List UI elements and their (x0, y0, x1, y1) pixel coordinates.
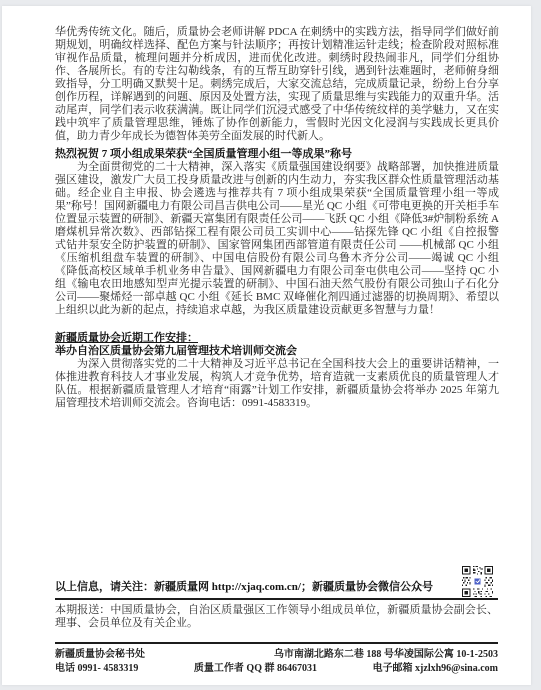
page-footer: 新疆质量协会秘书处 乌市南湖北路东二巷 188 号华凌国际公寓 10-1-250… (55, 648, 498, 676)
distribution-note: 本期报送：中国质量协会，自治区质量强区工作领导小组成员单位，新疆质量协会副会长、… (55, 604, 498, 630)
congrats-heading: 热烈祝贺 7 项小组成果荣获“全国质量管理小组一等成果”称号 (55, 148, 499, 161)
document-page: 华优秀传统文化。随后，质量协会老师讲解 PDCA 在刺绣中的实践方法，指导同学们… (2, 6, 531, 685)
footer-row-1: 新疆质量协会秘书处 乌市南湖北路东二巷 188 号华凌国际公寓 10-1-250… (55, 648, 498, 662)
work-plan-heading: 新疆质量协会近期工作安排： (55, 332, 499, 345)
footer-row-2: 电话 0991- 4583319 质量工作者 QQ 群 86467031 电子邮… (55, 662, 498, 676)
page-bottom-block: 以上信息，请关注：新疆质量网 http://xjaq.com.cn/；新疆质量协… (55, 566, 498, 676)
congrats-paragraph: 为全面贯彻党的二十大精神，深入落实《质量强国建设纲要》战略部署，加快推进质量强区… (55, 161, 499, 317)
event-heading: 举办自治区质量协会第九届管理技术培训师交流会 (55, 345, 499, 358)
divider-thick (55, 598, 498, 600)
wechat-qr-code (462, 566, 493, 597)
footer-address: 乌市南湖北路东二巷 188 号华凌国际公寓 10-1-2503 (274, 648, 498, 662)
divider-thin (55, 642, 498, 644)
event-paragraph: 为深入贯彻落实党的二十大精神及习近平总书记在全国科技大会上的重要讲话精神，一体推… (55, 358, 499, 410)
intro-paragraph: 华优秀传统文化。随后，质量协会老师讲解 PDCA 在刺绣中的实践方法，指导同学们… (55, 26, 499, 143)
follow-notice: 以上信息，请关注：新疆质量网 http://xjaq.com.cn/；新疆质量协… (55, 581, 433, 597)
document-body: 华优秀传统文化。随后，质量协会老师讲解 PDCA 在刺绣中的实践方法，指导同学们… (2, 6, 531, 410)
footer-org: 新疆质量协会秘书处 (55, 648, 145, 662)
footer-qq: 质量工作者 QQ 群 86467031 (194, 662, 317, 676)
footer-email: 电子邮箱 xjzlxh96@sina.com (373, 662, 498, 676)
follow-notice-row: 以上信息，请关注：新疆质量网 http://xjaq.com.cn/；新疆质量协… (55, 566, 498, 597)
footer-phone: 电话 0991- 4583319 (55, 662, 138, 676)
